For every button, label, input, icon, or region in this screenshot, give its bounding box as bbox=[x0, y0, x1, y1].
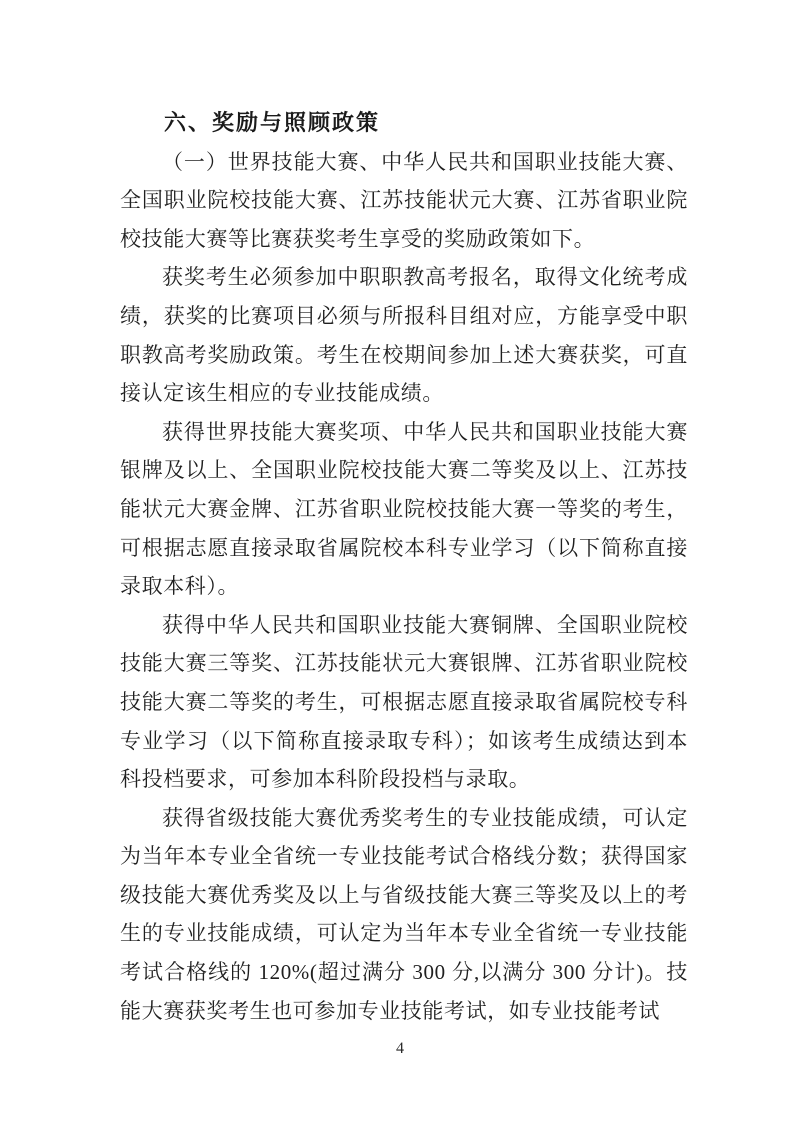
paragraph-3: 获得世界技能大赛奖项、中华人民共和国职业技能大赛银牌及以上、全国职业院校技能大赛… bbox=[120, 413, 688, 606]
section-heading: 六、奖励与照顾政策 bbox=[120, 104, 688, 143]
paragraph-5: 获得省级技能大赛优秀奖考生的专业技能成绩，可认定为当年本专业全省统一专业技能考试… bbox=[120, 799, 688, 1031]
paragraph-1: （一）世界技能大赛、中华人民共和国职业技能大赛、全国职业院校技能大赛、江苏技能状… bbox=[120, 143, 688, 259]
paragraph-4: 获得中华人民共和国职业技能大赛铜牌、全国职业院校技能大赛三等奖、江苏技能状元大赛… bbox=[120, 606, 688, 799]
document-page: 六、奖励与照顾政策 （一）世界技能大赛、中华人民共和国职业技能大赛、全国职业院校… bbox=[0, 0, 800, 1132]
paragraph-2: 获奖考生必须参加中职职教高考报名，取得文化统考成绩，获奖的比赛项目必须与所报科目… bbox=[120, 258, 688, 412]
page-number: 4 bbox=[0, 1040, 800, 1058]
